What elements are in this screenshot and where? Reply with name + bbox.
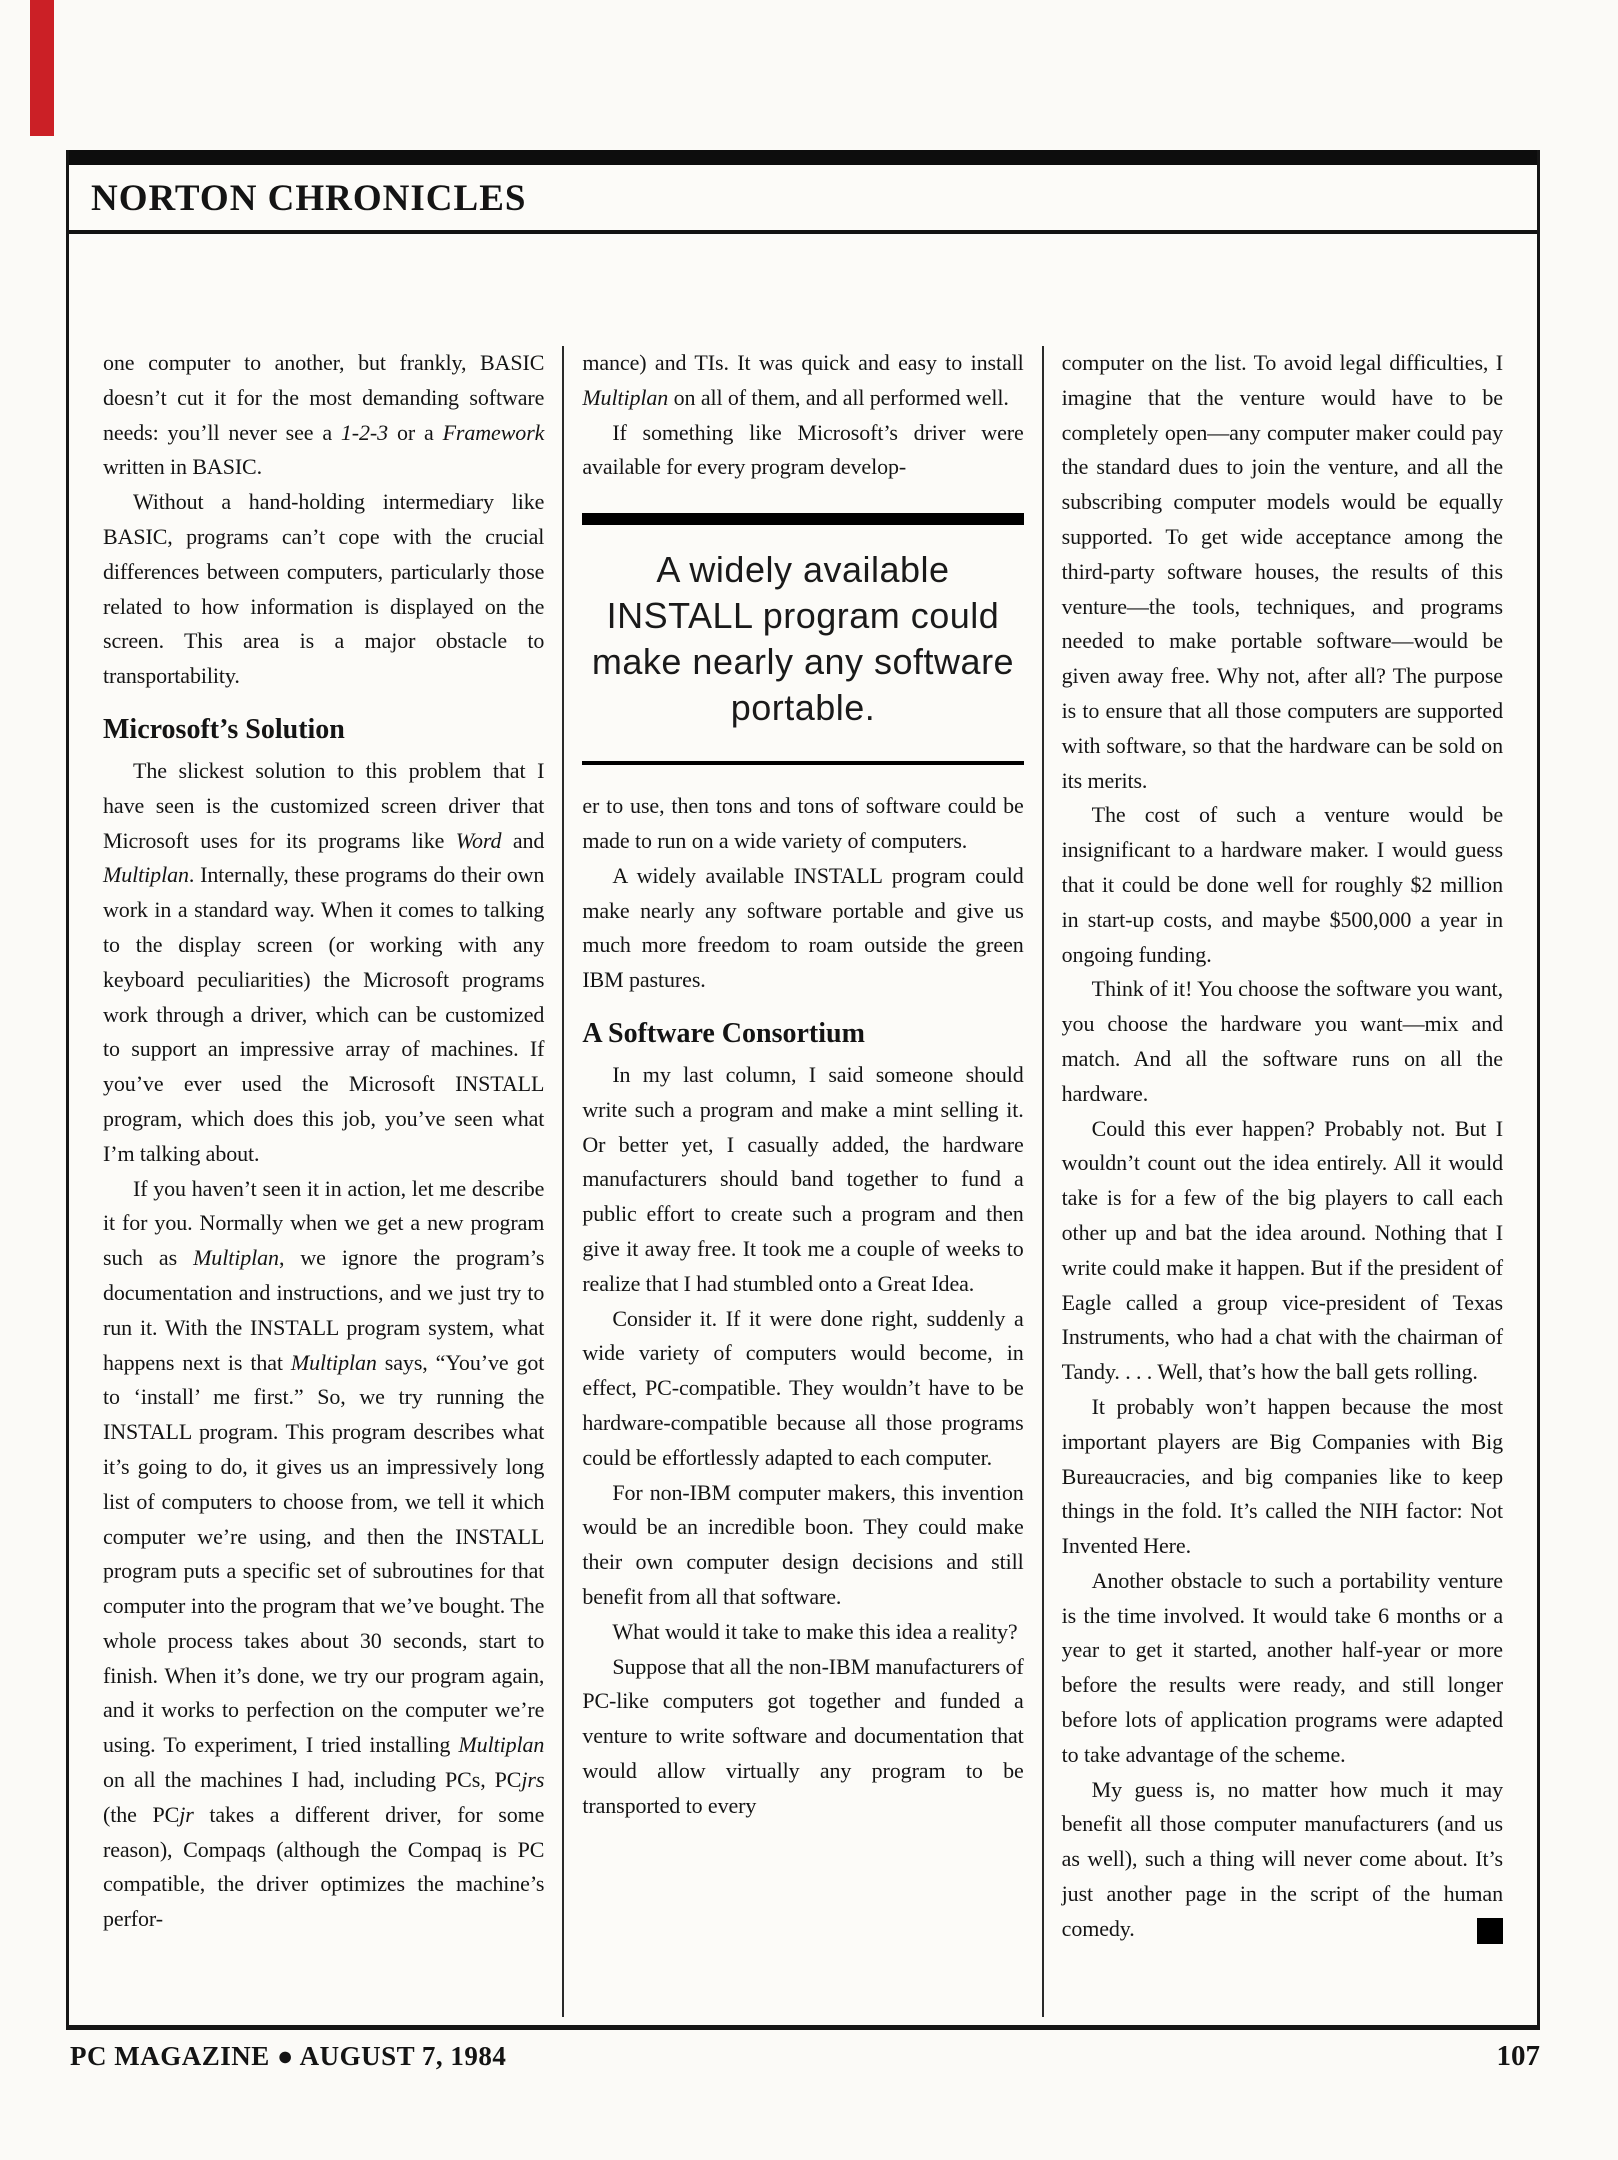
paragraph: If something like Microsoft’s driver wer… [582,416,1023,486]
column-1: one computer to another, but frankly, BA… [85,346,562,2017]
section-title: NORTON CHRONICLES [91,177,1537,220]
column-2: mance) and TIs. It was quick and easy to… [562,346,1041,2017]
end-of-article-mark [1477,1918,1503,1944]
paragraph: Think of it! You choose the software you… [1062,972,1503,1111]
red-margin-mark [30,0,54,136]
paragraph: computer on the list. To avoid legal dif… [1062,346,1503,798]
column-3: computer on the list. To avoid legal dif… [1042,346,1521,2017]
paragraph: The slickest solution to this problem th… [103,754,544,1172]
paragraph: In my last column, I said someone should… [582,1058,1023,1302]
paragraph: What would it take to make this idea a r… [582,1615,1023,1650]
paragraph: The cost of such a venture would be insi… [1062,798,1503,972]
section-heading: Microsoft’s Solution [103,714,544,746]
pull-quote: A widely available INSTALL program could… [582,513,1023,765]
paragraph: A widely available INSTALL program could… [582,859,1023,998]
article-body: one computer to another, but frankly, BA… [69,250,1537,2025]
paragraph: er to use, then tons and tons of softwar… [582,789,1023,859]
paragraph: one computer to another, but frankly, BA… [103,346,544,485]
column-header: NORTON CHRONICLES [69,165,1537,234]
paragraph: My guess is, no matter how much it may b… [1062,1773,1503,1947]
section-heading: A Software Consortium [582,1018,1023,1050]
paragraph: For non-IBM computer makers, this invent… [582,1476,1023,1615]
paragraph: mance) and TIs. It was quick and easy to… [582,346,1023,416]
masthead-bar [69,150,1537,165]
paragraph: Another obstacle to such a portability v… [1062,1564,1503,1773]
magazine-page: NORTON CHRONICLES one computer to anothe… [0,0,1618,2160]
paragraph: Consider it. If it were done right, sudd… [582,1302,1023,1476]
page-footer: PC MAGAZINE ● AUGUST 7, 1984 107 [70,2040,1540,2073]
paragraph: Suppose that all the non-IBM manufacture… [582,1650,1023,1824]
article-frame: NORTON CHRONICLES one computer to anothe… [66,150,1540,2030]
paragraph: Could this ever happen? Probably not. Bu… [1062,1112,1503,1390]
paragraph: It probably won’t happen because the mos… [1062,1390,1503,1564]
footer-magazine-date: PC MAGAZINE ● AUGUST 7, 1984 [70,2041,506,2072]
paragraph: If you haven’t seen it in action, let me… [103,1172,544,1938]
page-number: 107 [1497,2040,1541,2073]
paragraph: Without a hand-holding intermediary like… [103,485,544,694]
